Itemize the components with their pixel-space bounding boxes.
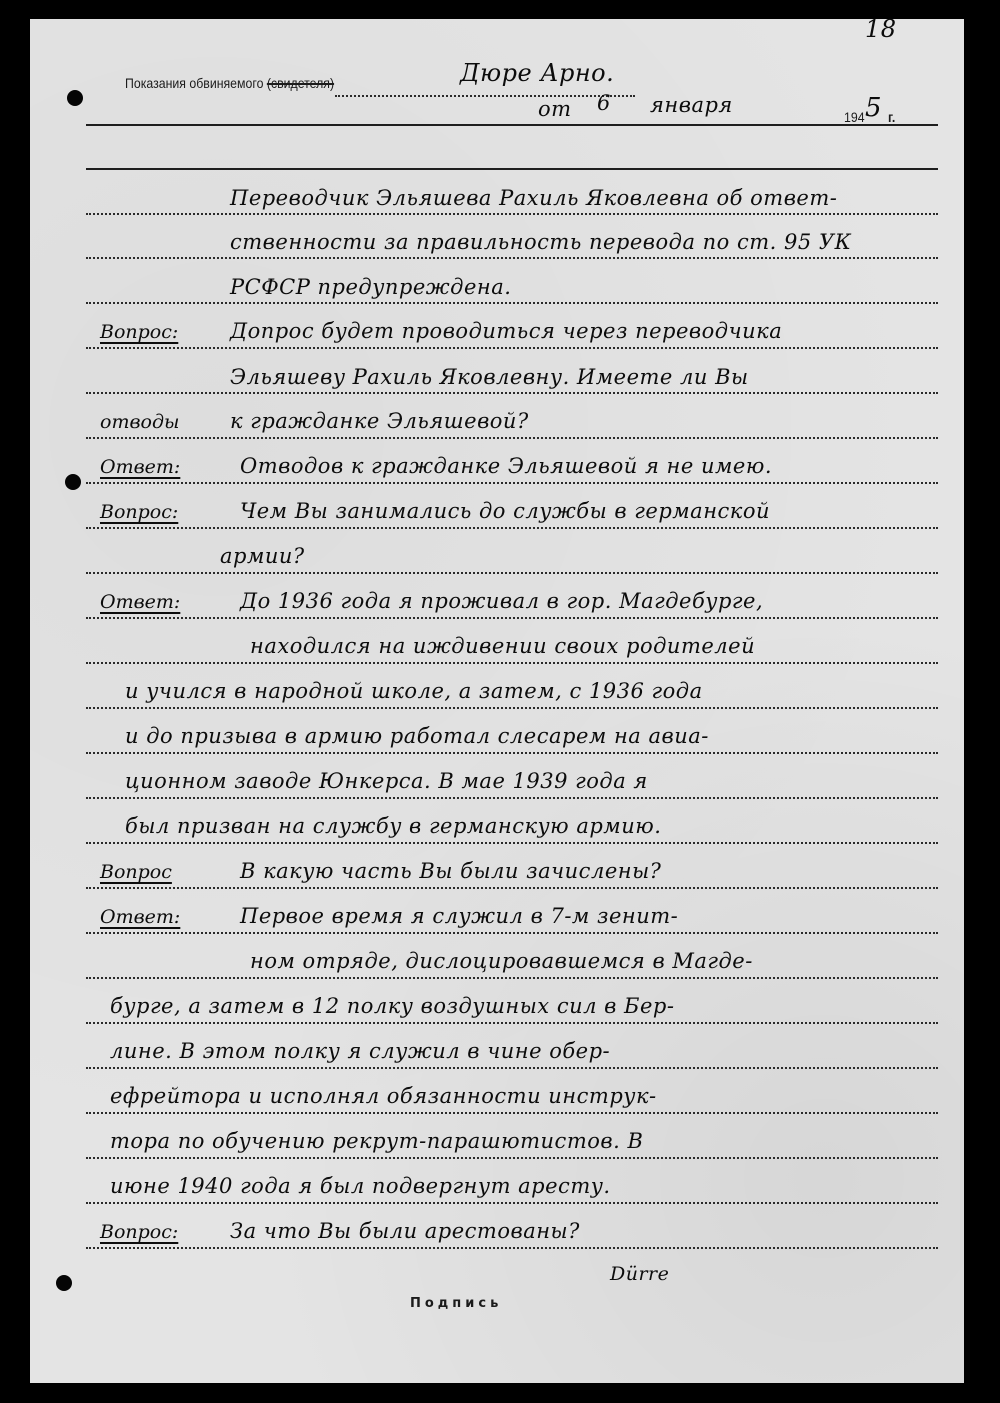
answer-text: тора по обучению рекрут-парашютистов. В (110, 1129, 643, 1153)
form-label: Показания обвиняемого (свидетеля) (125, 75, 334, 91)
preamble-line: ственности за правильность перевода по с… (230, 230, 851, 254)
rule (86, 257, 938, 259)
rule (86, 392, 938, 394)
question-label: Вопрос: (100, 321, 178, 343)
rule (86, 572, 938, 574)
answer-text: ном отряде, дислоцировавшемся в Магде- (250, 949, 753, 973)
rule (86, 1247, 938, 1249)
rule (86, 752, 938, 754)
date-year-handwritten: 5 (865, 93, 882, 123)
rule (86, 527, 938, 529)
answer-text: ционном заводе Юнкерса. В мае 1939 года … (125, 769, 648, 793)
answer-text: Отводов к гражданке Эльяшевой я не имею. (240, 454, 772, 478)
rule (86, 662, 938, 664)
answer-text: бурге, а затем в 12 полку воздушных сил … (110, 994, 674, 1018)
answer-text: июне 1940 года я был подвергнут аресту. (110, 1174, 611, 1198)
punch-hole-bottom (56, 1275, 72, 1291)
question-text: За что Вы были арестованы? (230, 1219, 580, 1243)
question-text: Допрос будет проводиться через переводчи… (230, 319, 782, 343)
question-text: Эльяшеву Рахиль Яковлевну. Имеете ли Вы (230, 365, 749, 389)
answer-text: и до призыва в армию работал слесарем на… (125, 724, 709, 748)
document-page: 18 Показания обвиняемого (свидетеля) Дюр… (30, 19, 964, 1383)
rule (86, 213, 938, 215)
rule (86, 617, 938, 619)
rule (86, 1112, 938, 1114)
question-label: Вопрос (100, 861, 172, 883)
rule (86, 1202, 938, 1204)
signature-label: Подпись (410, 1296, 502, 1311)
form-label-struck: (свидетеля) (267, 75, 334, 91)
rule (86, 977, 938, 979)
rule (86, 437, 938, 439)
date-prefix: от (538, 97, 572, 121)
rule (86, 124, 938, 126)
rule (86, 168, 938, 170)
defendant-name: Дюре Арно. (460, 59, 614, 87)
rule (86, 1022, 938, 1024)
answer-text: находился на иждивении своих родителей (250, 634, 755, 658)
answer-label: Ответ: (100, 906, 180, 928)
date-month: января (650, 93, 733, 117)
form-label-text: Показания обвиняемого (125, 75, 263, 91)
signature: Dürre (610, 1263, 669, 1285)
date-suffix: г. (888, 109, 895, 125)
answer-text: ефрейтора и исполнял обязанности инструк… (110, 1084, 657, 1108)
rule (86, 1157, 938, 1159)
punch-hole-middle (65, 474, 81, 490)
question-text: отводы (100, 411, 179, 433)
answer-label: Ответ: (100, 456, 180, 478)
rule (86, 887, 938, 889)
rule (86, 842, 938, 844)
punch-hole-top (67, 90, 83, 106)
answer-text: лине. В этом полку я служил в чине обер- (110, 1039, 610, 1063)
answer-text: и учился в народной школе, а затем, с 19… (125, 679, 703, 703)
rule (86, 302, 938, 304)
question-label: Вопрос: (100, 1221, 178, 1243)
question-text: В какую часть Вы были зачислены? (240, 859, 661, 883)
answer-text: Первое время я служил в 7-м зенит- (240, 904, 678, 928)
rule (86, 797, 938, 799)
rule (86, 482, 938, 484)
answer-label: Ответ: (100, 591, 180, 613)
page-number: 18 (865, 15, 897, 43)
rule (86, 932, 938, 934)
question-text: армии? (220, 544, 305, 568)
rule (86, 707, 938, 709)
rule (86, 1067, 938, 1069)
question-text: к гражданке Эльяшевой? (230, 409, 529, 433)
question-label: Вопрос: (100, 501, 178, 523)
date-year-printed: 194 (844, 109, 865, 125)
question-text: Чем Вы занимались до службы в германской (240, 499, 770, 523)
preamble-line: РСФСР предупреждена. (230, 275, 511, 299)
rule (86, 347, 938, 349)
answer-text: До 1936 года я проживал в гор. Магдебург… (240, 589, 763, 613)
date-day: 6 (597, 91, 611, 115)
name-rule (335, 95, 635, 97)
answer-text: был призван на службу в германскую армию… (125, 814, 661, 838)
preamble-line: Переводчик Эльяшева Рахиль Яковлевна об … (230, 186, 837, 210)
